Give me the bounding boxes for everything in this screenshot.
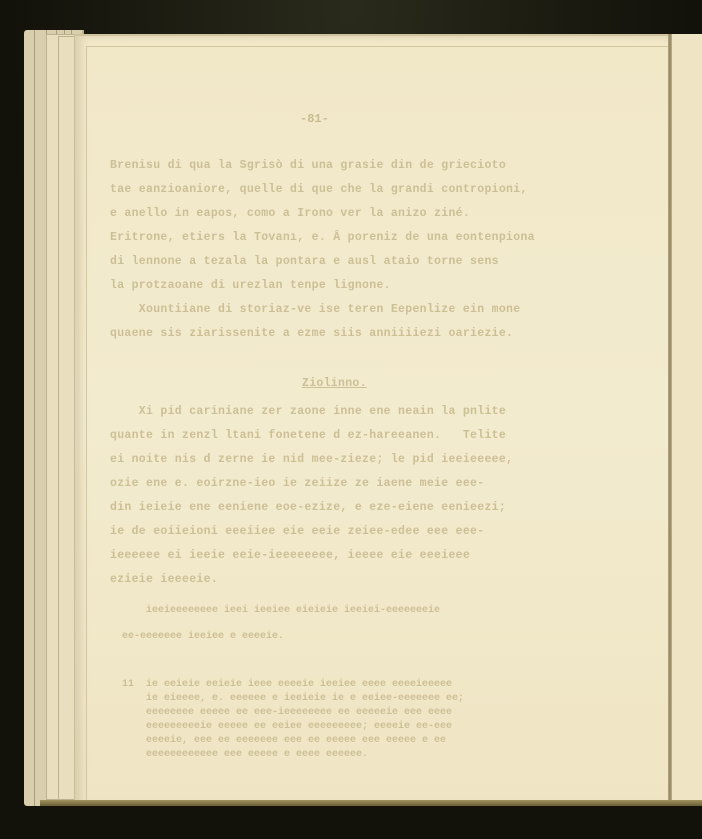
footnote-line: ee-eeeeeee ieeiee e eeeeie. <box>122 631 284 643</box>
section-heading: Ziolinno. <box>302 372 367 396</box>
footnote-line: ieeieeeeeeee ieei ieeiee eieieie ieeiei-… <box>122 605 440 617</box>
section-line: din ieieie ene eeniene eoe-ezize, e eze-… <box>110 496 506 520</box>
body-text: Brenisu di qua la Sgrisò di una grasie d… <box>110 110 580 590</box>
section-line: quante in zenzl ltani fonetene d ez-hare… <box>110 424 506 448</box>
body-line: Xountiiane di storiaz-ve ise teren Eepen… <box>110 298 520 322</box>
footnote-line: ie eieeee, e. eeeeee e ieeieie ie e eeie… <box>122 693 464 705</box>
section-line: Xi pid cariniane zer zaone inne ene neai… <box>110 400 506 424</box>
body-line: quaene sis ziarissenite a ezme siis anni… <box>110 322 513 346</box>
section-line: ezieie ieeeeie. <box>110 568 218 592</box>
body-line: di lennone a tezala la pontara e ausl at… <box>110 250 499 274</box>
footnote-line: eeeeeeee eeeee ee eee-ieeeeeeee ee eeeee… <box>122 707 452 719</box>
body-line: Eritrone, etiers la Tovanı, e. Â poreniz… <box>110 226 535 250</box>
section-line: ozie ene e. eoirzne-ieo ie zeiize ze iae… <box>110 472 484 496</box>
footnotes: ieeieeeeeeee ieei ieeiee eieieie ieeiei-… <box>122 595 572 703</box>
section-line: ieeeeee ei ieeie eeie-ieeeeeeee, ieeee e… <box>110 544 470 568</box>
body-line: Brenisu di qua la Sgrisò di una grasie d… <box>110 154 506 178</box>
body-line: la protzaoane di urezlan tenpe lignone. <box>110 274 391 298</box>
footnote-line: eeeeeeeeeeee eee eeeee e eeee eeeeee. <box>122 749 368 761</box>
body-line: e anello in eapos, como a Irono ver la a… <box>110 202 470 226</box>
facing-page <box>672 34 702 802</box>
book-bottom-edge <box>40 800 702 806</box>
section-line: ei noite nis d zerne ie nid mee-zieze; l… <box>110 448 513 472</box>
footnote-line: 11 ie eeieie eeieie ieee eeeeie ieeiee e… <box>122 679 452 691</box>
section-line: ie de eoiieioni eeeiiee eie eeie zeiee-e… <box>110 520 484 544</box>
footnote-line: eeeeie, eee ee eeeeeee eee ee eeeee eee … <box>122 735 446 747</box>
footnote-line: eeeeeeeeeie eeeee ee eeiee eeeeeeeee; ee… <box>122 721 452 733</box>
page-stack-line <box>34 30 35 806</box>
body-line: tae eanzioaniore, quelle di que che la g… <box>110 178 528 202</box>
